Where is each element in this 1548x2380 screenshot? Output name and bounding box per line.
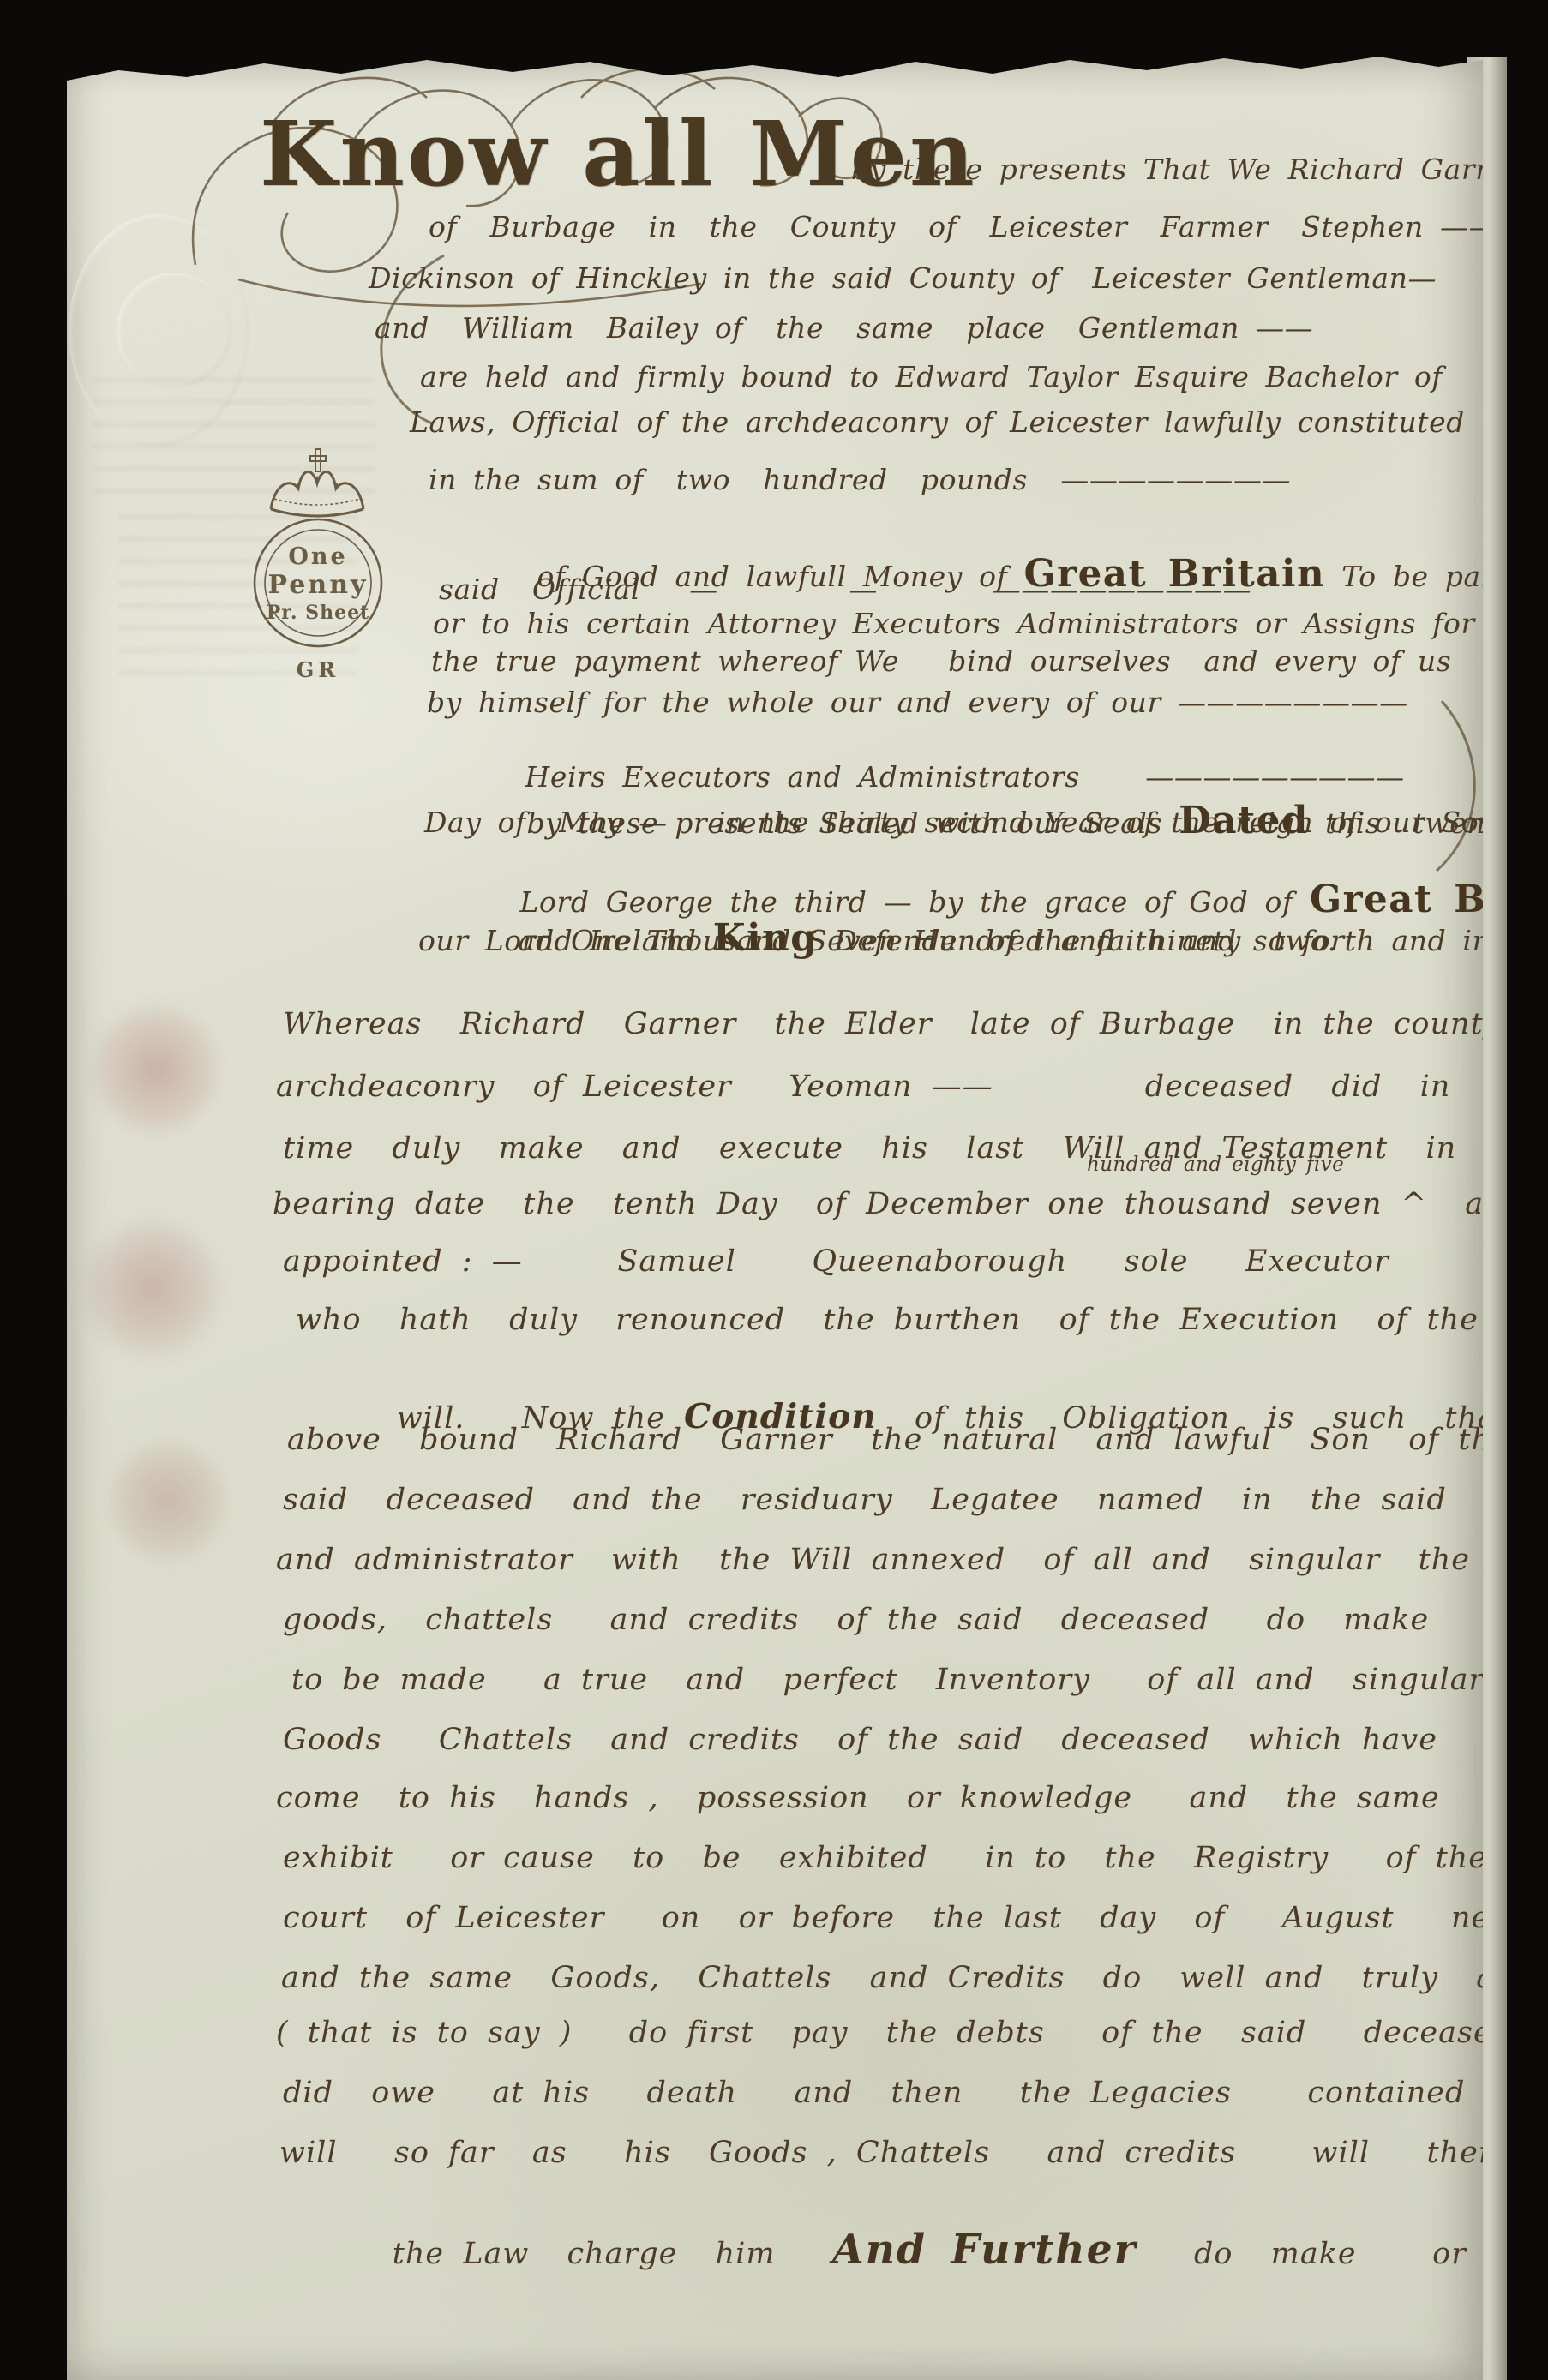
stamp-text-penny: Penny [268, 570, 369, 600]
manuscript-line: by himself for the whole our and every o… [427, 686, 1408, 719]
seal-stain [106, 1440, 228, 1562]
seal-stain [91, 1004, 221, 1135]
manuscript-line: the true payment whereof We bind ourselv… [431, 644, 1451, 678]
embossed-seal-inner [117, 273, 231, 387]
manuscript-line: the Law charge him And Further do make o… [279, 2192, 1548, 2308]
manuscript-line: who hath duly renounced the burthen of t… [296, 1303, 1548, 1337]
stamp-seal: One Penny Pr. Sheet GR [245, 447, 391, 687]
manuscript-line: Whereas Richard Garner the Elder late of… [283, 1007, 1548, 1041]
manuscript-line: archdeaconry of Leicester Yeoman —— dece… [276, 1070, 1548, 1104]
manuscript-line: Day of May — in the thirty second Year o… [424, 806, 1548, 839]
interlinear-insertion: hundred and eighty five [1087, 1154, 1344, 1176]
manuscript-line: will so far as his Goods , Chattels and … [279, 2136, 1548, 2170]
manuscript-line: our Lord One Thousand Seven Hundred and … [418, 924, 1337, 957]
manuscript-line: and administrator with the Will annexed … [276, 1543, 1470, 1577]
manuscript-line: and the same Goods, Chattels and Credits… [281, 1961, 1548, 1995]
manuscript-line: did owe at his death and then the Legaci… [283, 2076, 1548, 2110]
stamp-text-one: One [288, 543, 347, 570]
manuscript-line: exhibit or cause to be exhibited in to t… [283, 1841, 1548, 1875]
manuscript-line: Laws, Official of the archdeaconry of Le… [410, 405, 1465, 439]
manuscript-line: time duly make and execute his last Will… [283, 1131, 1548, 1166]
manuscript-line: appointed : — Samuel Queenaborough sole … [283, 1244, 1389, 1279]
manuscript-line: are held and firmly bound to Edward Tayl… [420, 360, 1443, 393]
manuscript-line: bearing date the tenth Day of December o… [273, 1187, 1548, 1221]
seal-stain [82, 1219, 221, 1358]
manuscript-line: come to his hands , possession or knowle… [276, 1781, 1548, 1815]
stamp-text-prsheet: Pr. Sheet [267, 602, 369, 624]
emphasis-and-further: And Further [832, 2227, 1137, 2274]
line-segment: To be paid to the [1325, 560, 1548, 593]
manuscript-line: to be made a true and perfect Inventory … [291, 1663, 1548, 1697]
manuscript-line: and William Bailey of the same place Gen… [375, 311, 1313, 345]
manuscript-line: goods, chattels and credits of the said … [283, 1603, 1548, 1637]
manuscript-line: above bound Richard Garner the natural a… [287, 1423, 1510, 1457]
manuscript-line: said Official — — ————————— [439, 573, 1251, 606]
manuscript-line: Goods Chattels and credits of the said d… [283, 1723, 1548, 1757]
heading-continuation: by these presents That We Richard Garner [851, 153, 1526, 186]
photo-background: One Penny Pr. Sheet GR Know all Men by t… [0, 0, 1548, 2380]
manuscript-line: said deceased and the residuary Legatee … [283, 1483, 1548, 1517]
line-segment: the Law charge him [393, 2237, 832, 2271]
stamp-initials: GR [297, 657, 339, 682]
manuscript-line: or to his certain Attorney Executors Adm… [433, 607, 1475, 640]
document-paper: One Penny Pr. Sheet GR Know all Men by t… [67, 51, 1483, 2380]
manuscript-line: in the sum of two hundred pounds ———————… [429, 463, 1291, 496]
manuscript-line: ( that is to say ) do first pay the debt… [276, 2016, 1548, 2050]
manuscript-line: Dickinson of Hinckley in the said County… [369, 261, 1437, 295]
crown-icon [271, 449, 363, 516]
manuscript-line: of Burbage in the County of Leicester Fa… [429, 210, 1497, 243]
manuscript-line: court of Leicester on or before the last… [283, 1901, 1548, 1935]
